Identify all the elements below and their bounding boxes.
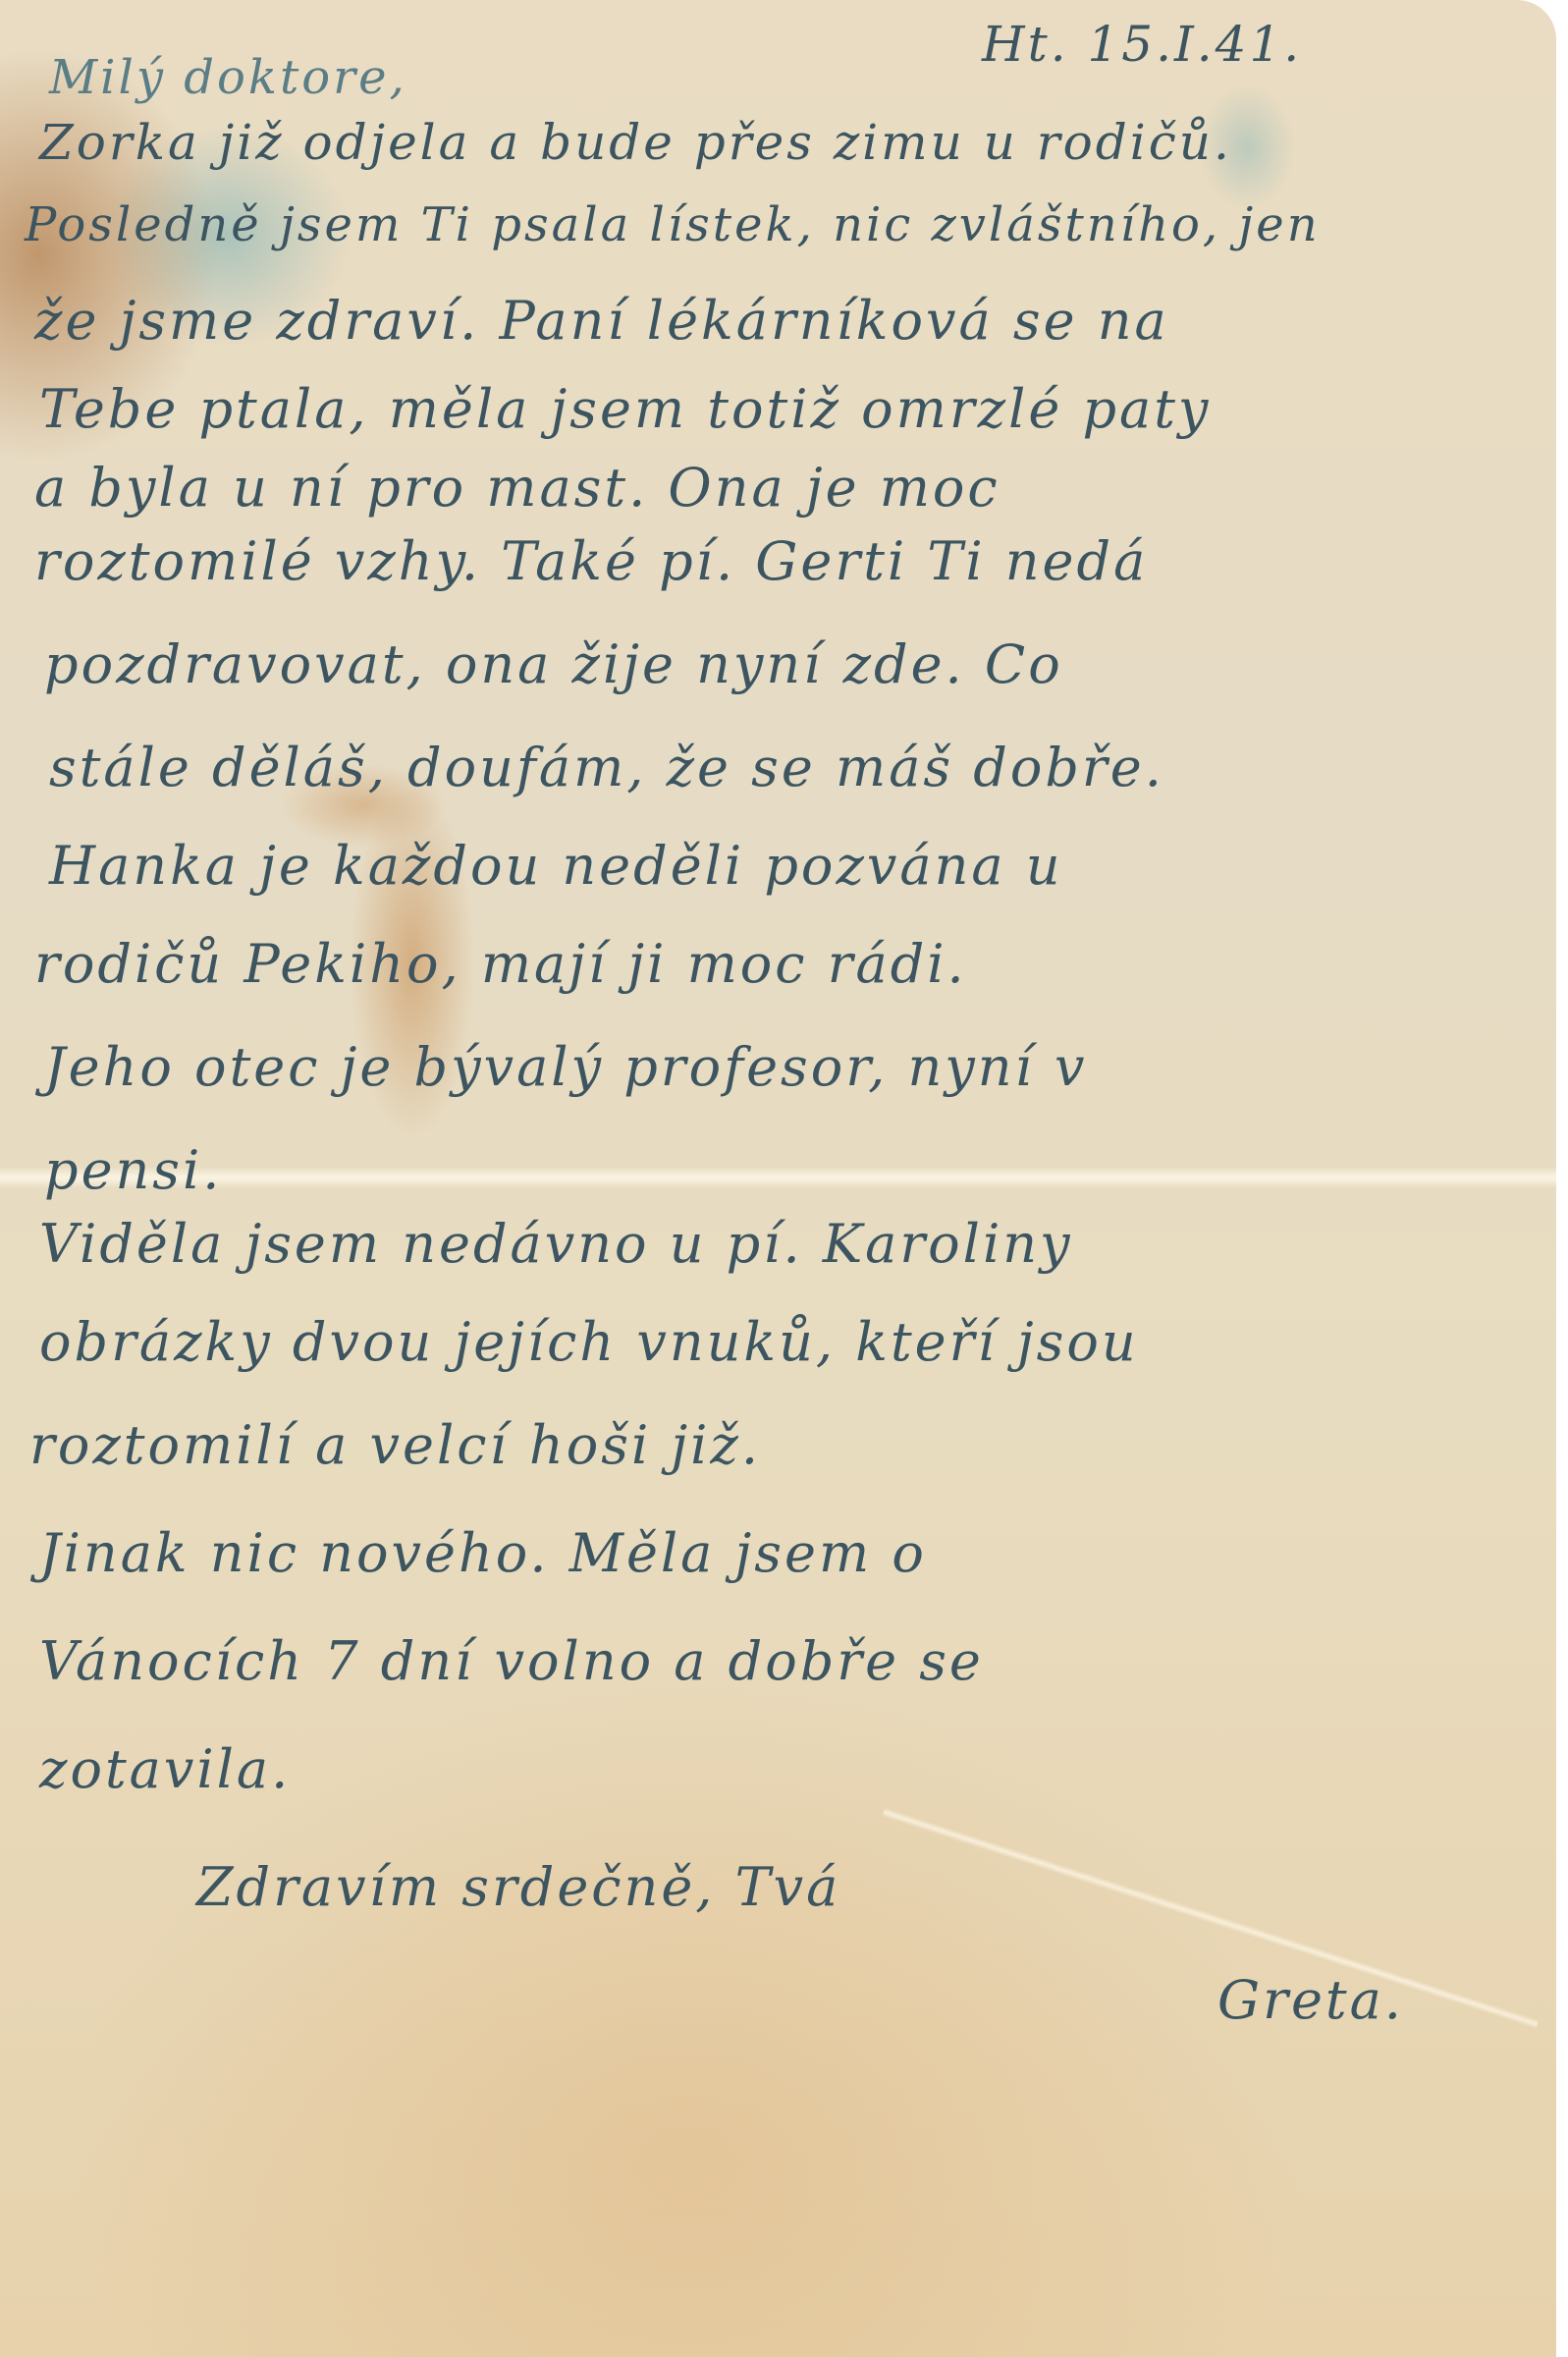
letter-line-14: obrázky dvou jejích vnuků, kteří jsou	[39, 1316, 1139, 1369]
letter-line-12: pensi.	[44, 1144, 222, 1197]
letter-line-16: Jinak nic nového. Měla jsem o	[39, 1527, 927, 1580]
letter-line-2: Posledně jsem Ti psala lístek, nic zvláš…	[25, 201, 1321, 248]
paper-diagonal-crease	[882, 1807, 1539, 2029]
letter-line-5: a byla u ní pro mast. Ona je moc	[34, 462, 1000, 515]
letter-line-10: rodičů Pekiho, mají ji moc rádi.	[34, 938, 967, 991]
letter-line-8: stále děláš, doufám, že se máš dobře.	[49, 741, 1164, 795]
letter-line-15: roztomilí a velcí hoši již.	[29, 1419, 761, 1472]
letter-line-6: roztomilé vzhy. Také pí. Gerti Ti nedá	[34, 535, 1148, 588]
letter-line-13: Viděla jsem nedávno u pí. Karoliny	[39, 1218, 1073, 1271]
letter-signature: Greta.	[1217, 1974, 1404, 2027]
letter-date: Ht. 15.I.41.	[982, 20, 1302, 69]
letter-line-1: Zorka již odjela a bude přes zimu u rodi…	[39, 118, 1232, 167]
letter-line-3: že jsme zdraví. Paní lékárníková se na	[34, 295, 1169, 348]
letter-greeting: Milý doktore,	[49, 54, 407, 101]
letter-line-9: Hanka je každou neděli pozvána u	[49, 840, 1063, 893]
letter-page: Ht. 15.I.41. Milý doktore, Zorka již odj…	[0, 0, 1556, 2357]
letter-line-11: Jeho otec je bývalý profesor, nyní v	[44, 1041, 1088, 1094]
letter-line-18: zotavila.	[39, 1743, 291, 1796]
letter-line-17: Vánocích 7 dní volno a dobře se	[39, 1635, 984, 1688]
paper-fold-crease	[0, 1167, 1556, 1188]
letter-closing: Zdravím srdečně, Tvá	[196, 1861, 840, 1914]
letter-line-7: pozdravovat, ona žije nyní zde. Co	[44, 638, 1063, 691]
letter-line-4: Tebe ptala, měla jsem totiž omrzlé paty	[39, 383, 1211, 436]
